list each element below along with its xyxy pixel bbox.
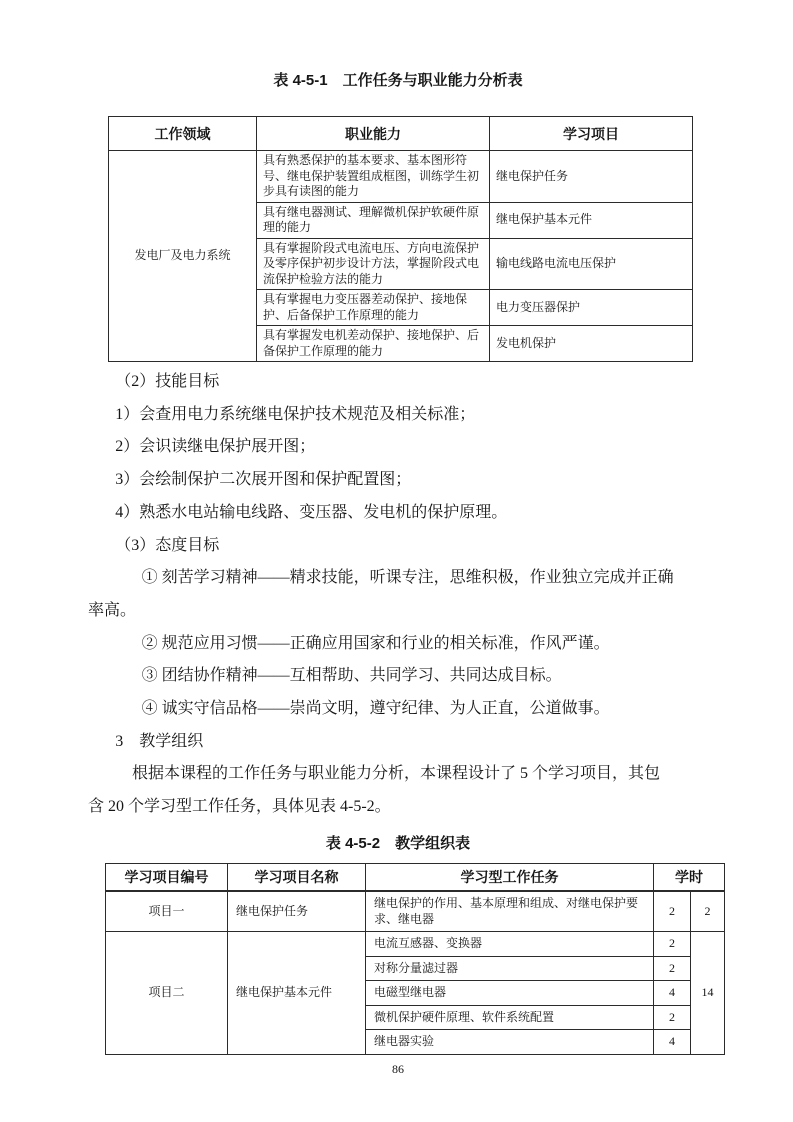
task-cell: 电流互感器、变换器 [366,932,654,957]
total-hours-cell: 14 [691,932,725,1055]
table1-row: 发电厂及电力系统具有熟悉保护的基本要求、基本图形符号、继电保护装置组成框图，训练… [109,151,693,203]
paragraph: 2）会识读继电保护展开图； [88,431,708,464]
project-id-cell: 项目二 [106,932,228,1055]
task-cell: 继电保护的作用、基本原理和组成、对继电保护要求、继电器 [366,891,654,932]
task-cell: 继电器实验 [366,1030,654,1055]
work-domain-cell: 发电厂及电力系统 [109,151,257,362]
project-cell: 电力变压器保护 [490,290,693,326]
project-name-cell: 继电保护任务 [228,891,366,932]
ability-cell: 具有掌握发电机差动保护、接地保护、后备保护工作原理的能力 [257,326,490,362]
table2-header-project-id: 学习项目编号 [106,863,228,891]
work-task-ability-table: 工作领域 职业能力 学习项目 发电厂及电力系统具有熟悉保护的基本要求、基本图形符… [108,116,693,362]
table2-caption: 表 4-5-2 教学组织表 [88,833,708,855]
ability-cell: 具有掌握电力变压器差动保护、接地保护、后备保护工作原理的能力 [257,290,490,326]
paragraph: （3）态度目标 [88,530,708,563]
task-cell: 电磁型继电器 [366,981,654,1006]
task-hours-cell: 2 [654,891,691,932]
table2-header-task: 学习型工作任务 [366,863,654,891]
paragraph: 3）会绘制保护二次展开图和保护配置图； [88,464,708,497]
task-hours-cell: 4 [654,1030,691,1055]
table1-header-ability: 职业能力 [257,117,490,151]
table2-row: 项目二继电保护基本元件电流互感器、变换器214 [106,932,725,957]
teaching-organization-table: 学习项目编号 学习项目名称 学习型工作任务 学时 项目一继电保护任务继电保护的作… [105,863,725,1055]
ability-cell: 具有熟悉保护的基本要求、基本图形符号、继电保护装置组成框图，训练学生初步具有读图… [257,151,490,203]
paragraph: 1）会查用电力系统继电保护技术规范及相关标准； [88,399,708,432]
ability-cell: 具有继电器测试、理解微机保护软硬件原理的能力 [257,202,490,238]
table2-header-project-name: 学习项目名称 [228,863,366,891]
task-hours-cell: 2 [654,956,691,981]
table2-row: 项目一继电保护任务继电保护的作用、基本原理和组成、对继电保护要求、继电器22 [106,891,725,932]
project-name-cell: 继电保护基本元件 [228,932,366,1055]
task-hours-cell: 2 [654,1005,691,1030]
total-hours-cell: 2 [691,891,725,932]
project-cell: 继电保护任务 [490,151,693,203]
project-cell: 发电机保护 [490,326,693,362]
table1-header-project: 学习项目 [490,117,693,151]
document-page: 表 4-5-1 工作任务与职业能力分析表 工作领域 职业能力 学习项目 发电厂及… [0,0,793,1122]
body-text: （2）技能目标1）会查用电力系统继电保护技术规范及相关标准；2）会识读继电保护展… [88,366,708,824]
paragraph: ② 规范应用习惯——正确应用国家和行业的相关标准，作风严谨。 [88,628,708,661]
paragraph: ① 刻苦学习精神——精求技能，听课专注，思维积极，作业独立完成并正确 率高。 [88,562,708,627]
project-id-cell: 项目一 [106,891,228,932]
table1-caption: 表 4-5-1 工作任务与职业能力分析表 [88,70,708,92]
page-number: 86 [88,1062,708,1077]
paragraph: 3 教学组织 [88,726,708,759]
paragraph: 根据本课程的工作任务与职业能力分析，本课程设计了 5 个学习项目，其包 含 20… [88,758,708,823]
task-cell: 对称分量滤过器 [366,956,654,981]
table1-header-work-domain: 工作领域 [109,117,257,151]
project-cell: 继电保护基本元件 [490,202,693,238]
task-cell: 微机保护硬件原理、软件系统配置 [366,1005,654,1030]
table1-header-row: 工作领域 职业能力 学习项目 [109,117,693,151]
table2-header-row: 学习项目编号 学习项目名称 学习型工作任务 学时 [106,863,725,891]
task-hours-cell: 4 [654,981,691,1006]
ability-cell: 具有掌握阶段式电流电压、方向电流保护及零序保护初步设计方法，掌握阶段式电流保护检… [257,238,490,290]
task-hours-cell: 2 [654,932,691,957]
project-cell: 输电线路电流电压保护 [490,238,693,290]
table2-header-hours: 学时 [654,863,725,891]
paragraph: ③ 团结协作精神——互相帮助、共同学习、共同达成目标。 [88,660,708,693]
paragraph: 4）熟悉水电站输电线路、变压器、发电机的保护原理。 [88,497,708,530]
paragraph: （2）技能目标 [88,366,708,399]
paragraph: ④ 诚实守信品格——崇尚文明，遵守纪律、为人正直，公道做事。 [88,693,708,726]
